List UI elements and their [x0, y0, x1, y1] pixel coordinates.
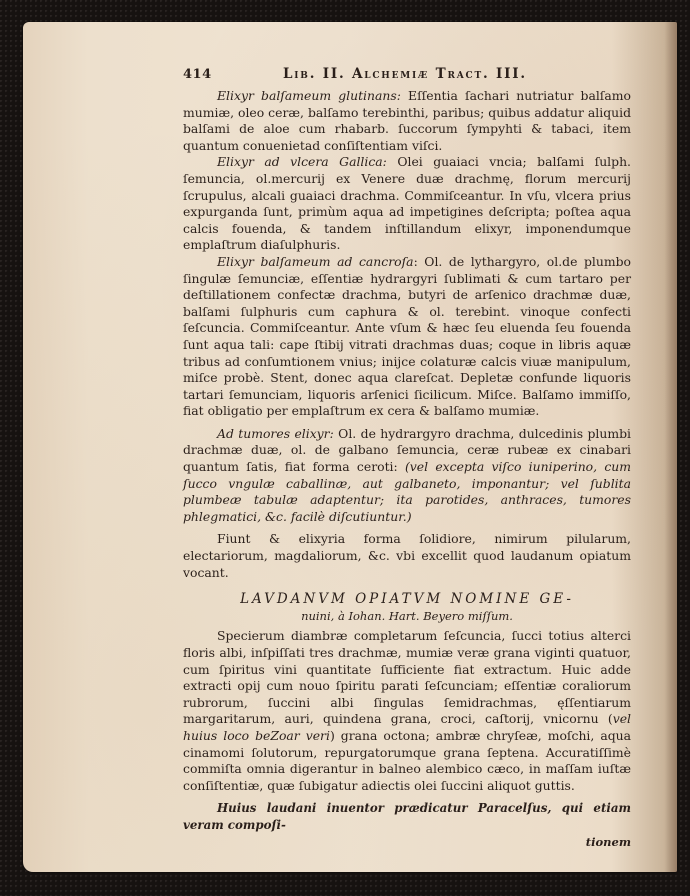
recipe-text: Specierum diambræ completarum ſeſcuncia,… — [183, 628, 631, 726]
closing-line: Huius laudani inuentor prædicatur Parace… — [183, 800, 631, 833]
page-header: 414 Lib. II. Alchemiæ Tract. III. — [183, 66, 631, 88]
recipe-label: Elixyr ad vlcera Gallica: — [217, 154, 387, 169]
paragraph-elixyr-gallica: Elixyr ad vlcera Gallica: Olei guaiaci v… — [183, 154, 631, 254]
paragraph-elixyr-glutinans: Elixyr balſameum glutinans: Eſſentia ſac… — [183, 88, 631, 154]
paragraph-ad-tumores: Ad tumores elixyr: Ol. de hydrargyro dra… — [183, 426, 631, 526]
recipe-label: Elixyr balſameum glutinans: — [217, 88, 401, 103]
recipe-label: Elixyr balſameum ad cancroſa — [217, 254, 414, 269]
recipe-label: Ad tumores elixyr: — [217, 426, 334, 441]
paragraph-laudanum-recipe: Specierum diambræ completarum ſeſcuncia,… — [183, 628, 631, 794]
paragraph-text: Fiunt & elixyria forma ſolidiore, nimiru… — [183, 531, 631, 579]
paragraph-elixyr-cancrosa: Elixyr balſameum ad cancroſa: Ol. de lyt… — [183, 254, 631, 420]
recipe-text: : Ol. de lythargyro, ol.de plumbo ſingul… — [183, 254, 631, 418]
paragraph-fiunt: Fiunt & elixyria forma ſolidiore, nimiru… — [183, 531, 631, 581]
page-number: 414 — [183, 67, 283, 84]
page-text: 414 Lib. II. Alchemiæ Tract. III. Elixyr… — [183, 66, 631, 850]
section-title: LAVDANVM OPIATVM NOMINE GE- nuini, à Ioh… — [183, 591, 631, 624]
section-title-line-1: LAVDANVM OPIATVM NOMINE GE- — [183, 591, 631, 608]
page-gutter-shadow — [665, 22, 677, 872]
running-head: Lib. II. Alchemiæ Tract. III. — [283, 66, 527, 83]
catchword: tionem — [183, 834, 631, 851]
section-title-line-2: nuini, à Iohan. Hart. Beyero miſſum. — [183, 608, 631, 625]
